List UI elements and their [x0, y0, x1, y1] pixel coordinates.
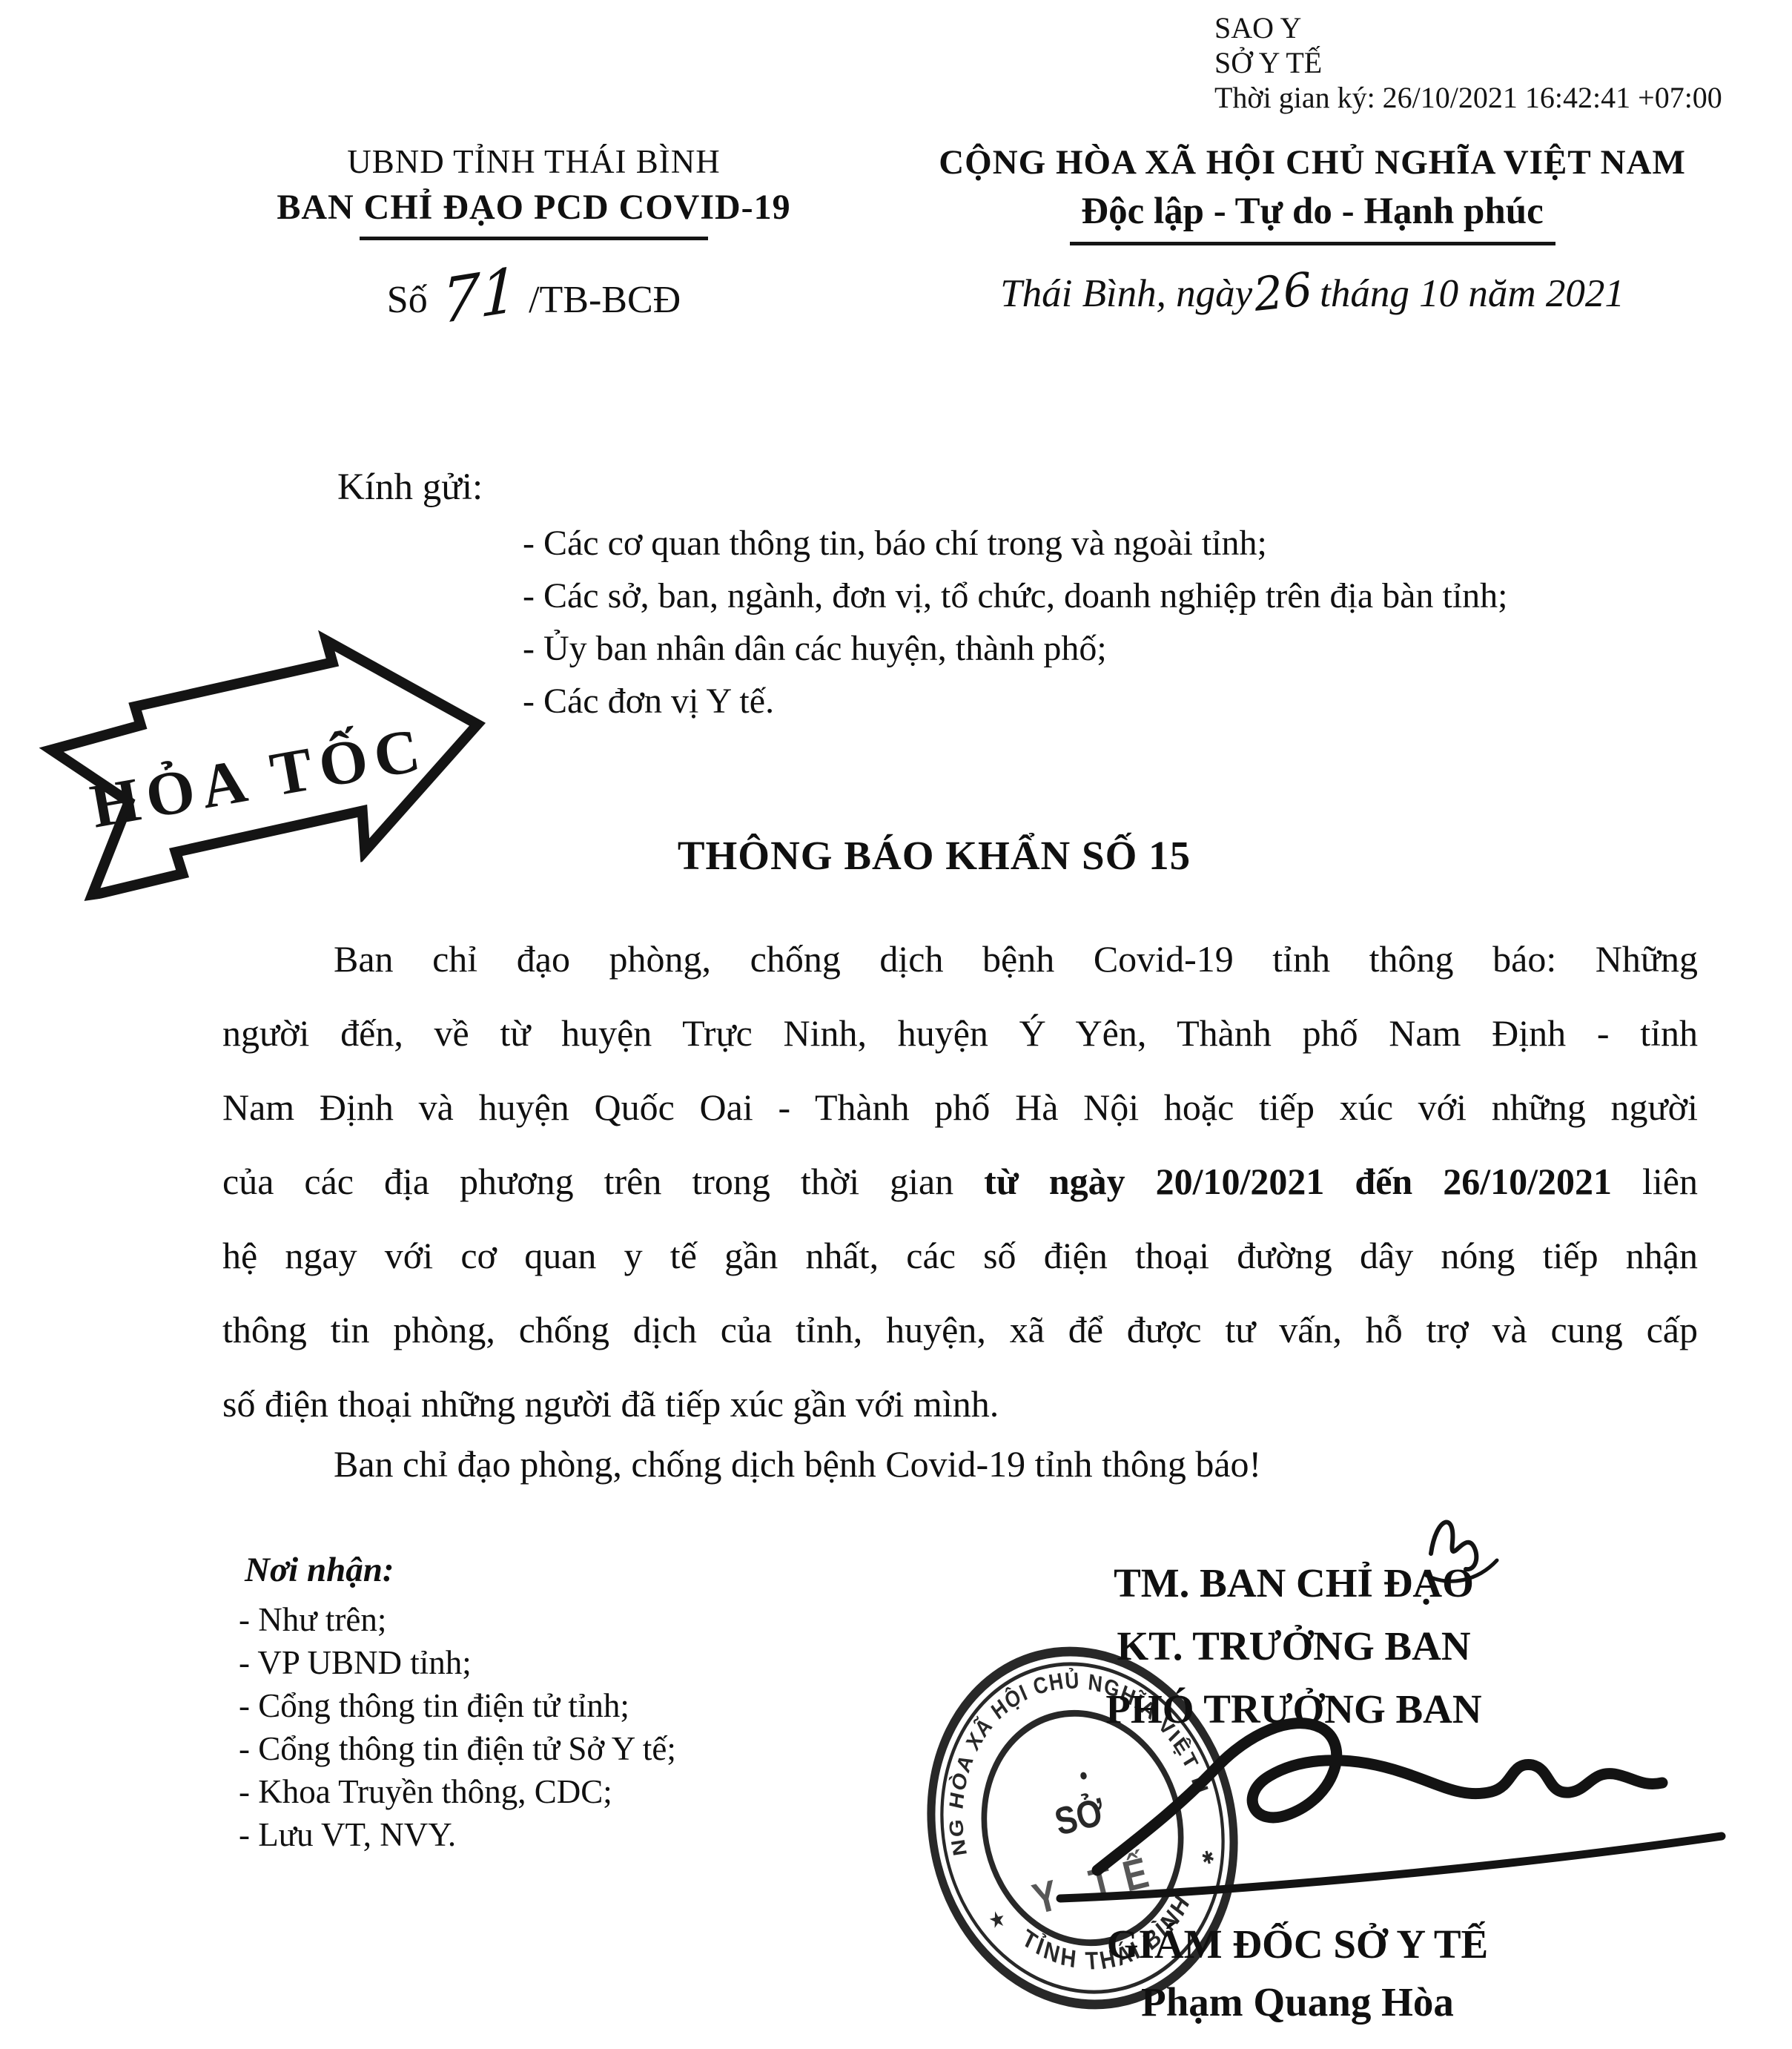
closing-line: Ban chỉ đạo phòng, chống dịch bệnh Covid…: [222, 1442, 1698, 1485]
distribution-item: - Như trên;: [239, 1598, 676, 1641]
place-date-suffix: tháng 10 năm 2021: [1320, 272, 1624, 315]
distribution-item: - Khoa Truyền thông, CDC;: [239, 1770, 676, 1813]
body-line: Ban chỉ đạo phòng, chống dịch bệnh Covid…: [222, 922, 1698, 996]
issuer-header: UBND TỈNH THÁI BÌNH BAN CHỈ ĐẠO PCD COVI…: [185, 142, 882, 327]
place-date-prefix: Thái Bình, ngày: [1000, 272, 1252, 315]
certifying-org-label: SỞ Y TẾ: [1214, 45, 1722, 80]
body-paragraph: Ban chỉ đạo phòng, chống dịch bệnh Covid…: [222, 922, 1698, 1441]
signing-time-label: Thời gian ký: 26/10/2021 16:42:41 +07:00: [1214, 80, 1722, 115]
body-line: Nam Định và huyện Quốc Oai - Thành phố H…: [222, 1070, 1698, 1144]
recipients-list: - Các cơ quan thông tin, báo chí trong v…: [523, 517, 1507, 727]
issuer-org: BAN CHỈ ĐẠO PCD COVID-19: [185, 187, 882, 228]
document-page: SAO Y SỞ Y TẾ Thời gian ký: 26/10/2021 1…: [0, 0, 1792, 2049]
on-behalf-line: TM. BAN CHỈ ĐẠO: [1053, 1551, 1535, 1614]
date-handwritten: 26: [1252, 262, 1315, 322]
signature-scribble-icon: [1023, 1683, 1735, 1921]
recipient-item: - Các đơn vị Y tế.: [523, 675, 1507, 727]
distribution-item: - Cổng thông tin điện tử Sở Y tế;: [239, 1727, 676, 1770]
copy-type-label: SAO Y: [1214, 10, 1722, 45]
distribution-item: - VP UBND tỉnh;: [239, 1641, 676, 1684]
capacity-line: KT. TRƯỞNG BAN: [1053, 1614, 1535, 1677]
digital-certification-stamp: SAO Y SỞ Y TẾ Thời gian ký: 26/10/2021 1…: [1214, 10, 1722, 115]
body-line: hệ ngay với cơ quan y tế gần nhất, các s…: [222, 1218, 1698, 1293]
national-header: CỘNG HÒA XÃ HỘI CHỦ NGHĨA VIỆT NAM Độc l…: [912, 142, 1713, 317]
recipient-item: - Các cơ quan thông tin, báo chí trong v…: [523, 517, 1507, 570]
body-line: số điện thoại những người đã tiếp xúc gầ…: [222, 1367, 1698, 1441]
body-line: người đến, về từ huyện Trực Ninh, huyện …: [222, 996, 1698, 1070]
recipient-item: - Ủy ban nhân dân các huyện, thành phố;: [523, 622, 1507, 675]
issuer-underline: [360, 237, 708, 240]
body-line: của các địa phương trên trong thời gian …: [222, 1144, 1698, 1218]
issuer-parent-org: UBND TỈNH THÁI BÌNH: [185, 142, 882, 181]
distribution-item: - Lưu VT, NVY.: [239, 1813, 676, 1856]
national-motto-line1: CỘNG HÒA XÃ HỘI CHỦ NGHĨA VIỆT NAM: [912, 142, 1713, 182]
signer-name: Phạm Quang Hòa: [1023, 1979, 1572, 2025]
doc-number-prefix: Số: [387, 279, 428, 321]
salutation: Kính gửi:: [337, 466, 483, 509]
seal-star-left-icon: ★: [986, 1905, 1008, 1933]
signer-position: GIÁM ĐỐC SỞ Y TẾ: [1023, 1921, 1572, 1967]
distribution-list: - Như trên;- VP UBND tỉnh;- Cổng thông t…: [239, 1598, 676, 1856]
body-line: thông tin phòng, chống dịch của tỉnh, hu…: [222, 1293, 1698, 1367]
doc-number-suffix: /TB-BCĐ: [529, 279, 681, 321]
recipient-item: - Các sở, ban, ngành, đơn vị, tổ chức, d…: [523, 570, 1507, 622]
national-motto-line2: Độc lập - Tự do - Hạnh phúc: [912, 190, 1713, 233]
place-date-line: Thái Bình, ngày26tháng 10 năm 2021: [912, 263, 1713, 317]
notice-title: THÔNG BÁO KHẨN SỐ 15: [208, 832, 1661, 879]
doc-number-handwritten: 71: [441, 254, 519, 338]
motto-underline: [1070, 242, 1555, 245]
distribution-label: Nơi nhận:: [245, 1550, 394, 1590]
doc-number: Số71/TB-BCĐ: [185, 257, 882, 327]
distribution-item: - Cổng thông tin điện tử tỉnh;: [239, 1684, 676, 1727]
